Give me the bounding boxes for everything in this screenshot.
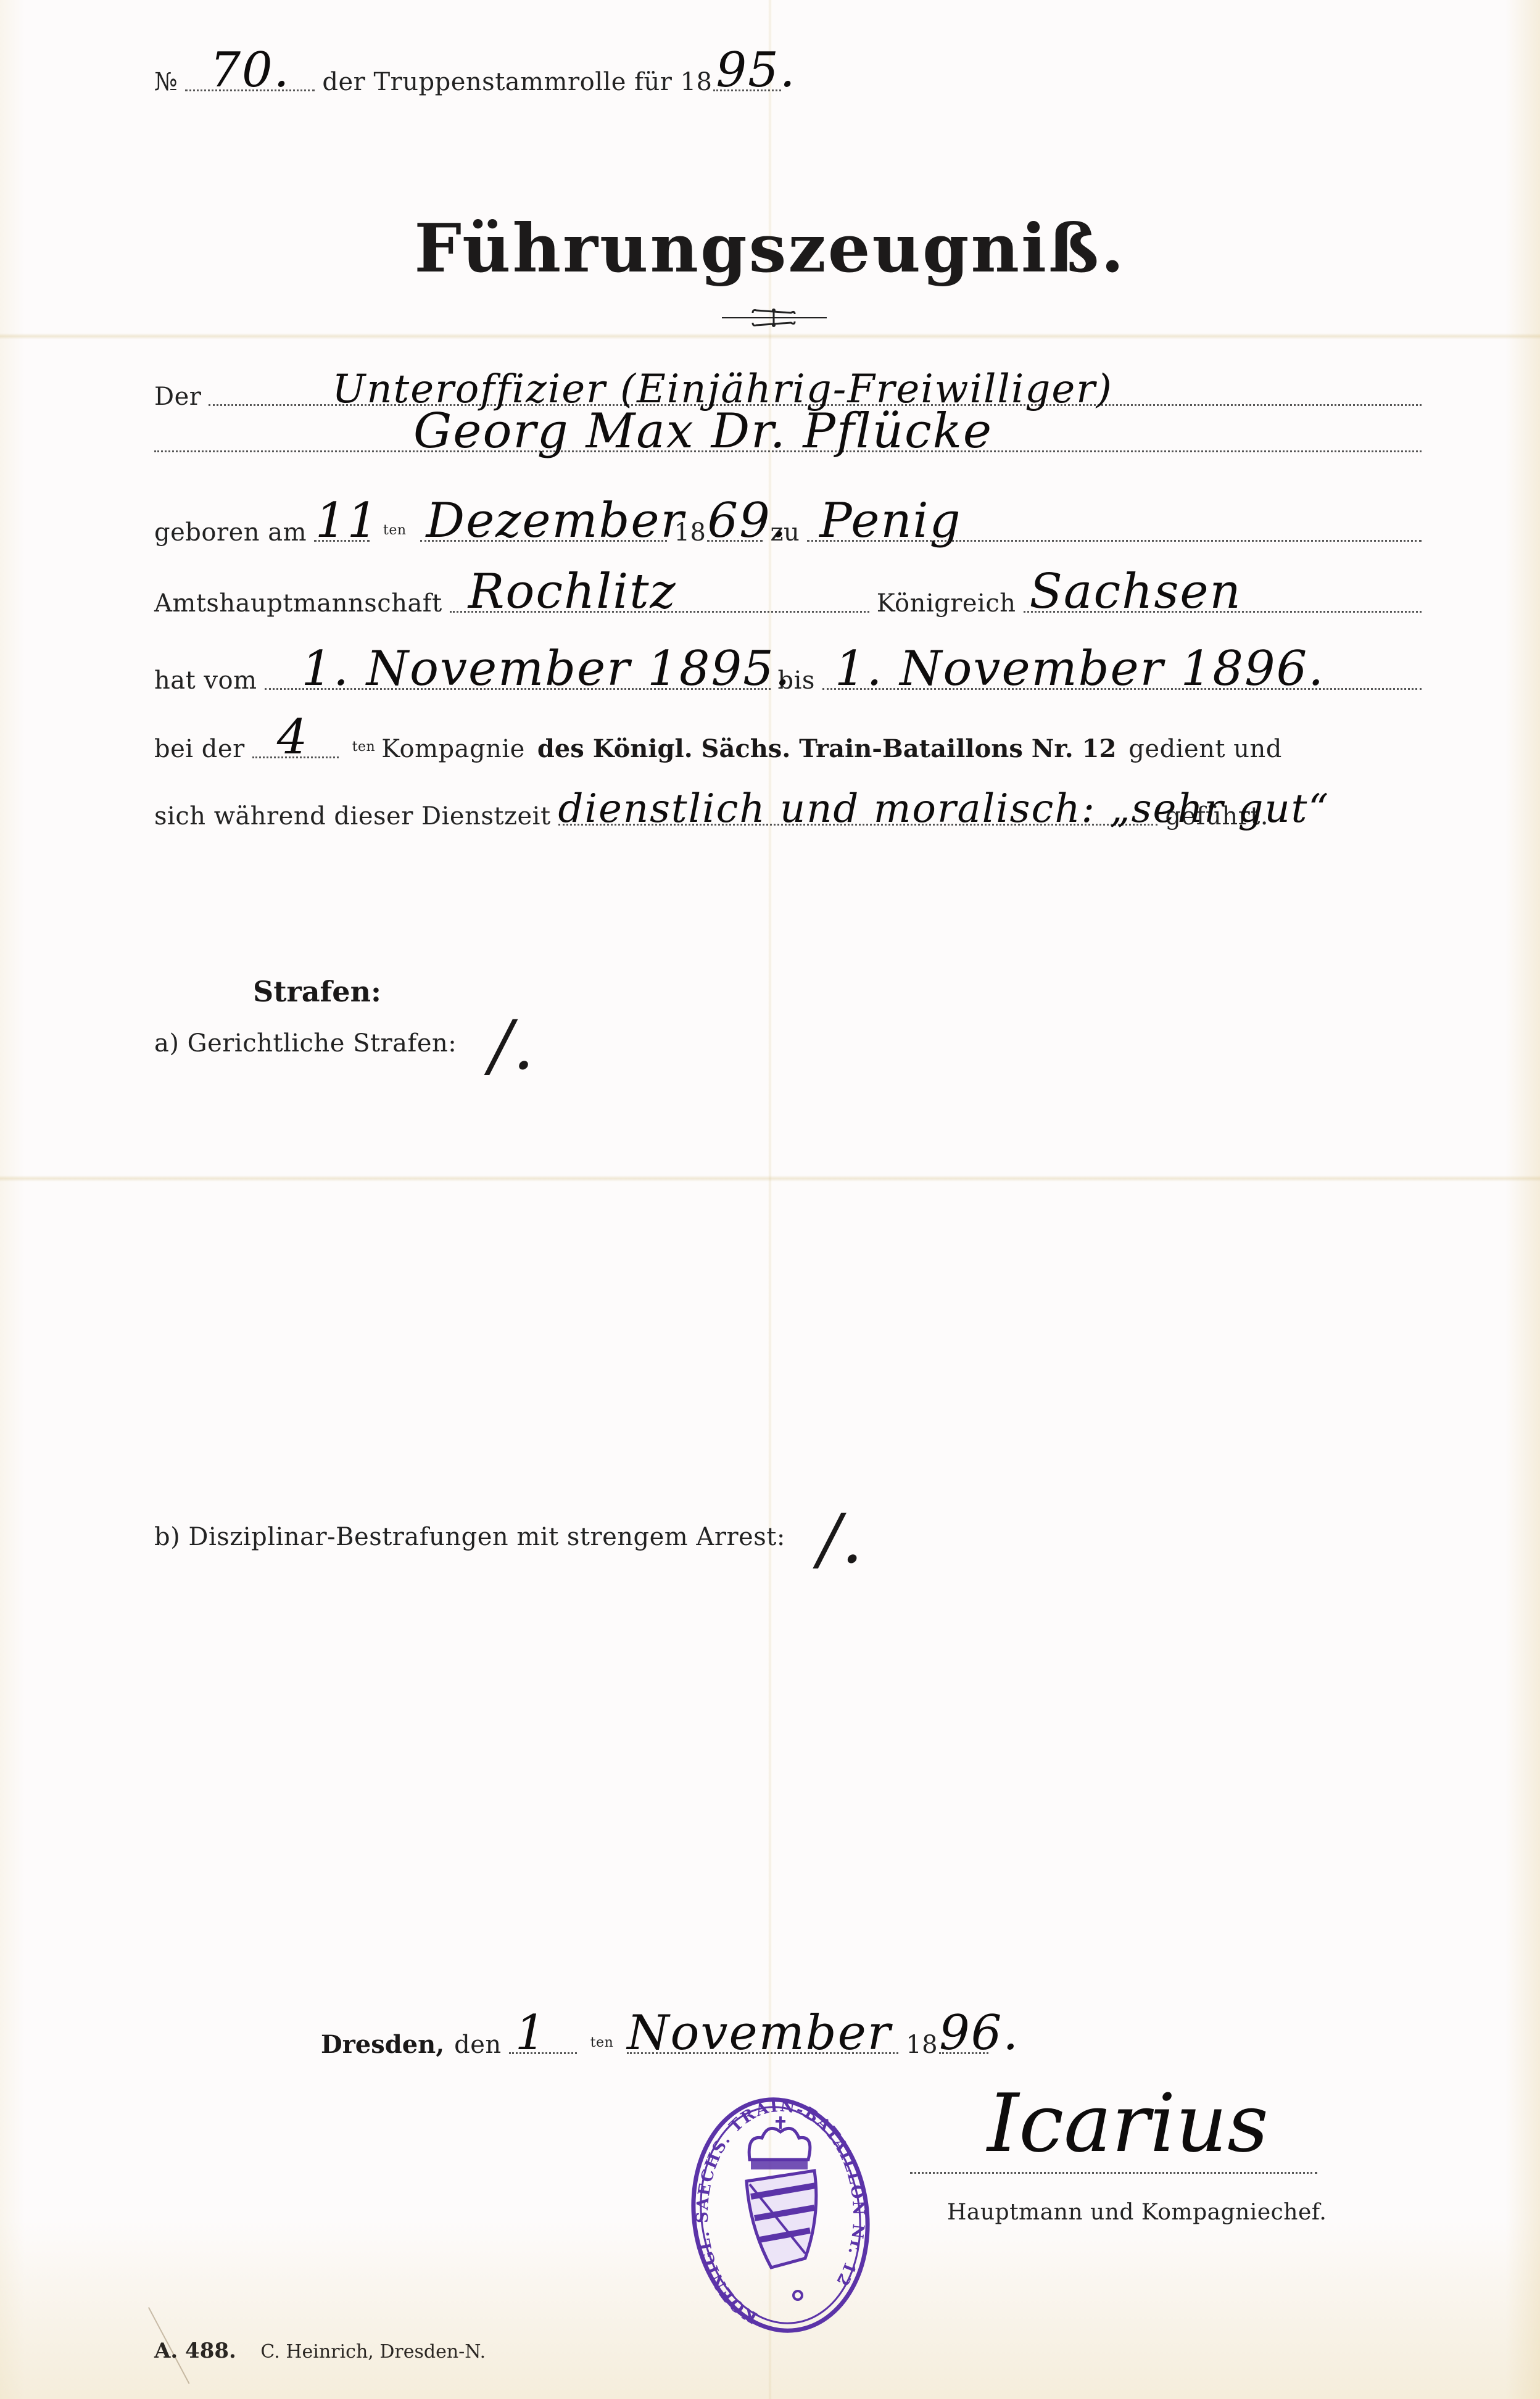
printer-name: C. Heinrich, Dresden-N.	[260, 2341, 486, 2363]
year-field: 95.	[713, 83, 781, 91]
service-to-field: 1. November 1896.	[822, 682, 1422, 690]
closing-century: 18	[906, 2031, 938, 2059]
conduct-field: dienstlich und moralisch: „sehr gut“	[558, 818, 1158, 826]
born-year-field: 69.	[707, 534, 763, 542]
name-line: Georg Max Dr. Pflücke	[154, 444, 1429, 457]
disciplinary-penalties-label: b) Disziplinar-Bestrafungen mit strengem…	[154, 1523, 785, 1551]
served-text: gedient und	[1128, 735, 1282, 763]
official-seal-stamp-icon: KOENIGL. SAECHS. TRAIN-BATAILLON Nr. 12	[688, 2092, 873, 2339]
den-label: den	[454, 2031, 502, 2059]
closing-year-value: 96.	[939, 2009, 1019, 2057]
closing-day-value: 1	[515, 2009, 547, 2057]
service-from-value: 1. November 1895.	[302, 645, 792, 693]
born-day-field: 11	[314, 534, 370, 542]
name-value: Georg Max Dr. Pflücke	[413, 407, 993, 455]
district-value: Rochlitz	[468, 568, 677, 616]
court-penalties-label: a) Gerichtliche Strafen:	[154, 1029, 457, 1058]
company-suffix: ten	[352, 739, 376, 755]
printer-imprint: A. 488. C. Heinrich, Dresden-N.	[154, 2339, 486, 2363]
service-period-line: hat vom 1. November 1895. bis 1. Novembe…	[154, 666, 1429, 695]
signature-line	[910, 2172, 1317, 2174]
service-from-field: 1. November 1895.	[265, 682, 771, 690]
closing-day-suffix: ten	[590, 2035, 614, 2050]
kingdom-field: Sachsen	[1024, 605, 1422, 613]
closing-month-field: November	[627, 2046, 898, 2054]
company-prefix: bei der	[154, 735, 245, 763]
born-year-value: 69.	[707, 497, 787, 545]
district-line: Amtshauptmannschaft Rochlitz Königreich …	[154, 589, 1429, 618]
company-line: bei der 4 ten Kompagnie des Königl. Säch…	[154, 734, 1429, 763]
year-value: 95.	[716, 46, 796, 94]
commander-signature: Icarius	[987, 2076, 1269, 2170]
der-label: Der	[154, 383, 201, 411]
number-label: №	[154, 68, 178, 96]
conduct-line: sich während dieser Dienstzeit dienstlic…	[154, 802, 1269, 831]
company-value: 4	[277, 713, 309, 761]
closing-year-field: 96.	[939, 2046, 988, 2054]
disciplinary-penalties-value: /.	[818, 1512, 863, 1566]
born-month-value: Dezember	[426, 497, 685, 545]
service-from-label: hat vom	[154, 666, 257, 695]
court-penalties-value: /.	[489, 1018, 534, 1072]
born-place-value: Penig	[819, 497, 961, 545]
court-penalties: a) Gerichtliche Strafen: /.	[154, 1018, 535, 1072]
kingdom-value: Sachsen	[1030, 568, 1242, 616]
penalties-heading: Strafen:	[253, 975, 381, 1008]
born-day-suffix: ten	[383, 523, 407, 538]
born-label: geboren am	[154, 518, 307, 547]
company-field: 4	[252, 750, 339, 758]
name-field: Georg Max Dr. Pflücke	[154, 444, 1422, 452]
roll-text: der Truppenstammrolle für 18	[322, 68, 712, 96]
header-line: № 70. der Truppenstammrolle für 18 95.	[154, 68, 818, 96]
district-field: Rochlitz	[450, 605, 869, 613]
company-text: Kompagnie	[381, 735, 525, 763]
number-field: 70.	[185, 83, 315, 91]
disciplinary-penalties: b) Disziplinar-Bestrafungen mit strengem…	[154, 1512, 863, 1566]
closing-date-line: Dresden, den 1 ten November 18 96.	[321, 2030, 1009, 2059]
kingdom-label: Königreich	[877, 589, 1016, 618]
closing-month-value: November	[627, 2009, 892, 2057]
ornament-divider-icon	[722, 305, 827, 330]
signature-caption: Hauptmann und Kompagniechef.	[947, 2200, 1327, 2225]
born-month-field: Dezember	[420, 534, 667, 542]
conduct-value: dienstlich und moralisch: „sehr gut“	[558, 789, 1330, 829]
conduct-prefix: sich während dieser Dienstzeit	[154, 802, 551, 831]
form-number: A. 488.	[154, 2339, 236, 2363]
closing-place: Dresden,	[321, 2030, 444, 2059]
born-place-field: Penig	[807, 534, 1422, 542]
district-label: Amtshauptmannschaft	[154, 589, 442, 618]
document-title: Führungszeugniß.	[0, 210, 1540, 288]
number-value: 70.	[210, 46, 290, 94]
closing-day-field: 1	[509, 2046, 577, 2054]
battalion-text: des Königl. Sächs. Train-Bataillons Nr. …	[537, 734, 1116, 763]
service-to-value: 1. November 1896.	[835, 645, 1325, 693]
born-day-value: 11	[315, 497, 379, 545]
birth-line: geboren am 11 ten Dezember 18 69. zu Pen…	[154, 518, 1429, 547]
